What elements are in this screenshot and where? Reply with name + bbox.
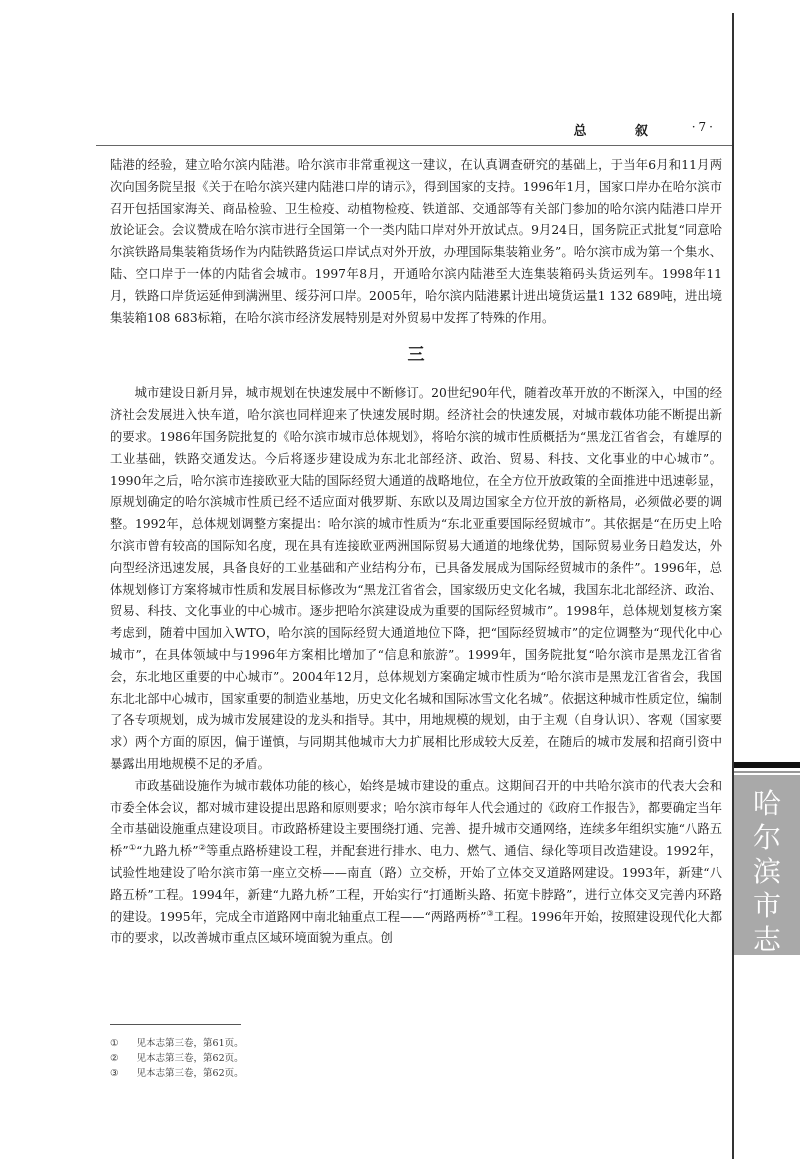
footnote-ref-2[interactable]: ② <box>199 843 206 852</box>
body-text-top: 陆港的经验，建立哈尔滨内陆港。哈尔滨市非常重视这一建议，在认真调查研究的基础上，… <box>110 155 722 950</box>
footnote-mark: ② <box>110 1051 119 1066</box>
footnote-mark: ③ <box>110 1066 119 1081</box>
footnote-item: ① 见本志第三卷，第61页。 <box>110 1036 244 1051</box>
header-section-title: 总 叙 <box>573 120 670 139</box>
running-header: 总 叙 ·7· <box>96 110 732 146</box>
page-number: ·7· <box>692 120 716 134</box>
page-edge-line <box>732 13 734 1159</box>
side-tab-char: 哈 <box>753 787 781 821</box>
paragraph-city-planning: 城市建设日新月异，城市规划在快速发展中不断修订。20世纪90年代，随着改革开放的… <box>110 383 722 775</box>
side-tab-char: 市 <box>753 889 781 923</box>
footnote-rule <box>110 1024 241 1025</box>
footnote-ref-3[interactable]: ③ <box>486 908 493 917</box>
section-heading: 三 <box>110 343 722 367</box>
side-tab-char: 尔 <box>753 821 781 855</box>
footnote-mark: ① <box>110 1036 119 1051</box>
side-tab-book-title: 哈 尔 滨 市 志 <box>734 775 800 955</box>
side-tab-char: 志 <box>753 923 781 957</box>
paragraph-municipal-infrastructure: 市政基础设施作为城市载体功能的核心，始终是城市建设的重点。这期间召开的中共哈尔滨… <box>110 776 722 950</box>
side-tab-line <box>734 771 800 773</box>
footnote-item: ② 见本志第三卷，第62页。 <box>110 1051 244 1066</box>
paragraph-inland-port: 陆港的经验，建立哈尔滨内陆港。哈尔滨市非常重视这一建议，在认真调查研究的基础上，… <box>110 155 722 329</box>
footnote-text: 见本志第三卷，第62页。 <box>137 1066 244 1081</box>
side-tab-char: 滨 <box>753 855 781 889</box>
header-rule <box>96 145 732 146</box>
footnote-text: 见本志第三卷，第62页。 <box>137 1051 244 1066</box>
side-tab-top-bar <box>734 762 800 768</box>
footnote-item: ③ 见本志第三卷，第62页。 <box>110 1066 244 1081</box>
footnotes: ① 见本志第三卷，第61页。 ② 见本志第三卷，第62页。 ③ 见本志第三卷，第… <box>110 1036 244 1081</box>
footnote-text: 见本志第三卷，第61页。 <box>137 1036 244 1051</box>
